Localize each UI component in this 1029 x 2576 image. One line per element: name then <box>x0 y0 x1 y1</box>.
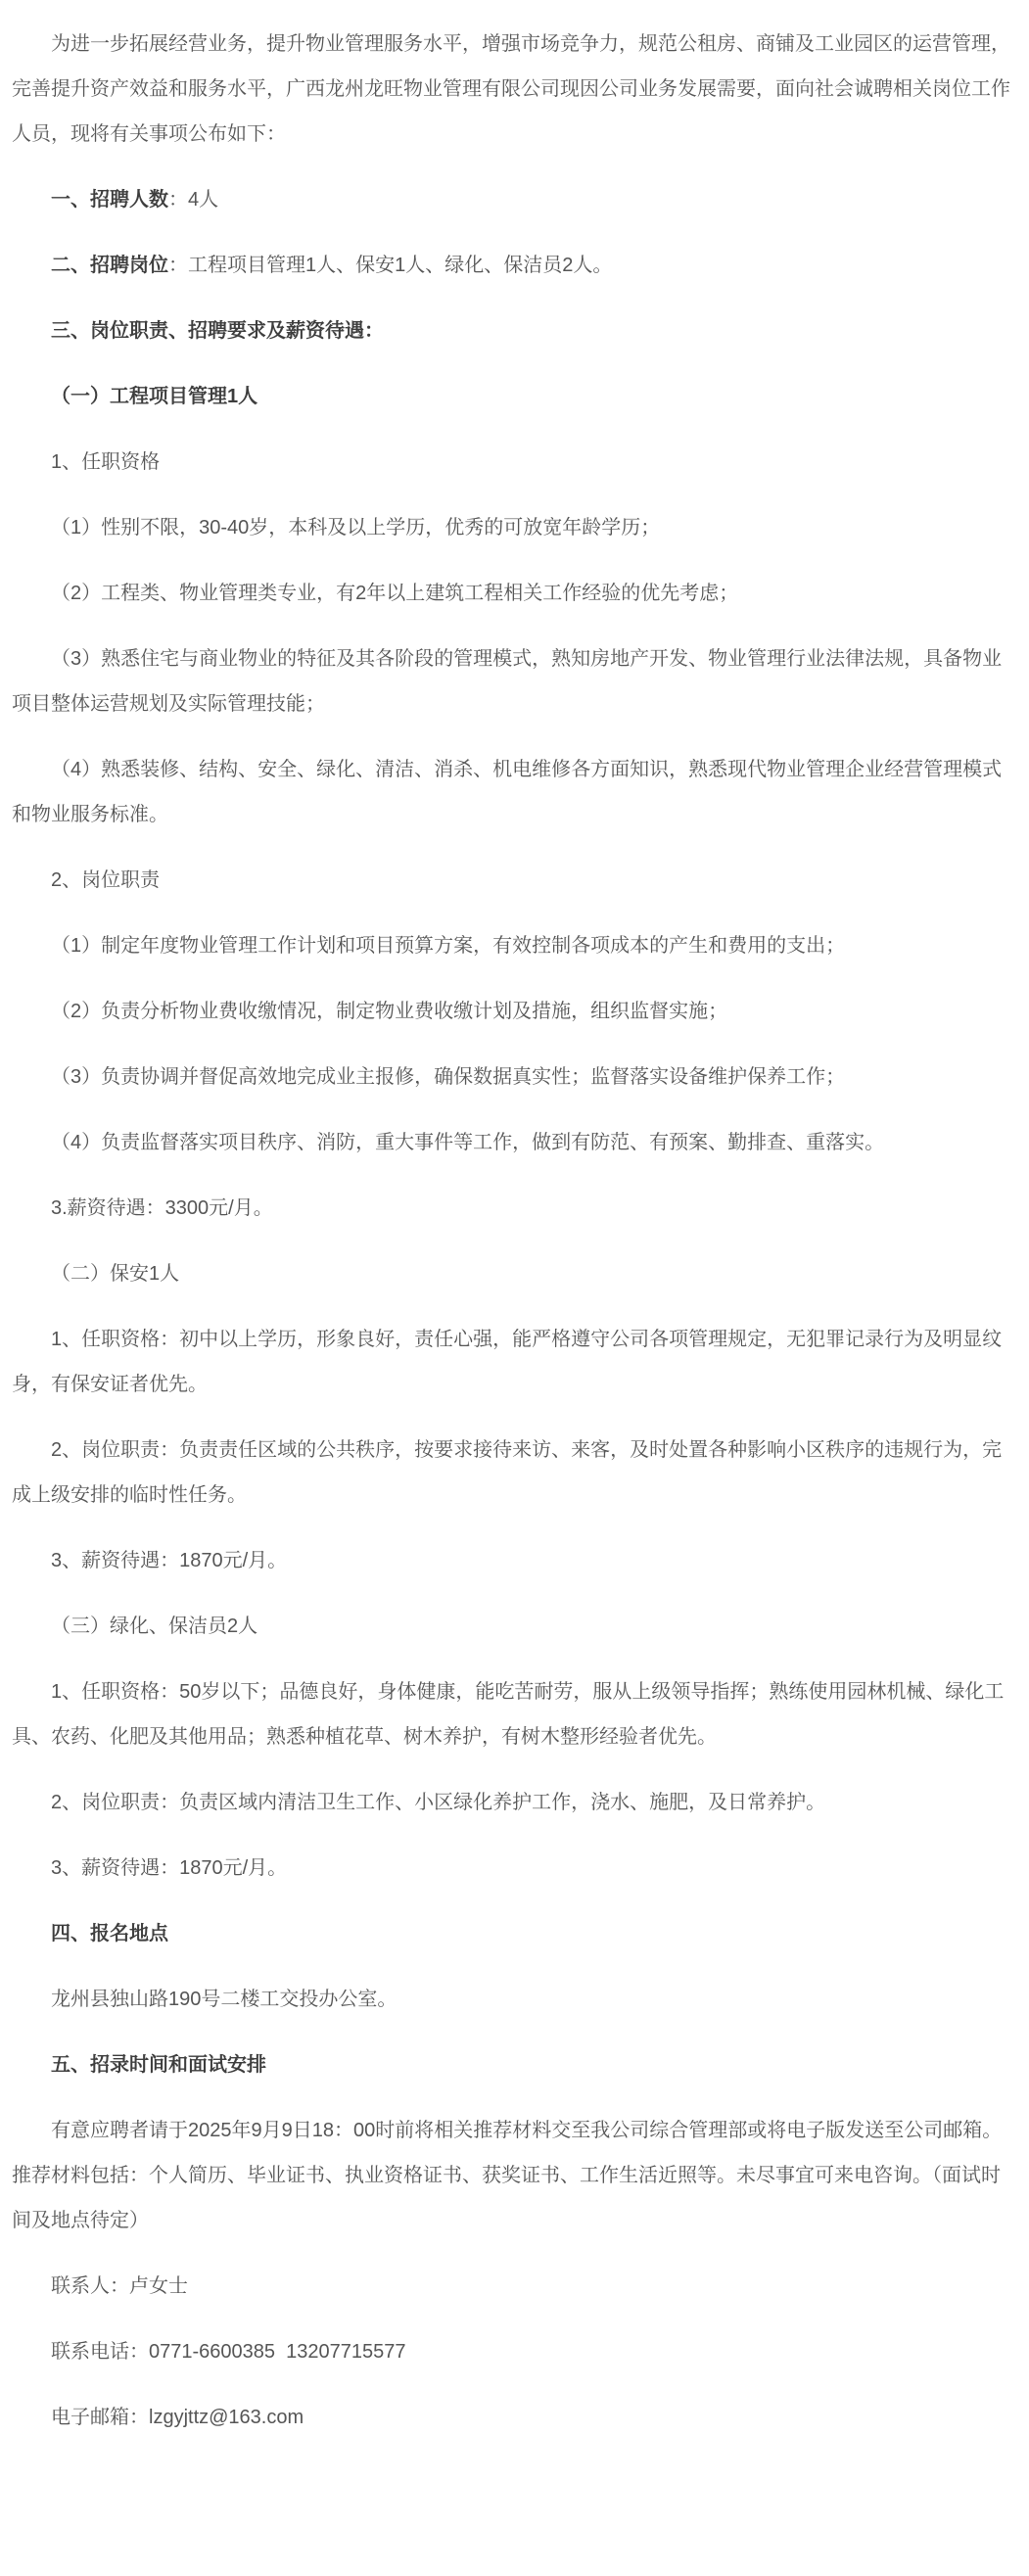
page: { "colors": { "background": "#ffffff", "… <box>0 0 1029 2576</box>
post-3-qualification: 1、任职资格：50岁以下；品德良好，身体健康，能吃苦耐劳，服从上级领导指挥；熟练… <box>12 1669 1013 1759</box>
section-4-heading: 四、报名地点 <box>12 1911 1013 1956</box>
section-2-positions: 二、招聘岗位：工程项目管理1人、保安1人、绿化、保洁员2人。 <box>12 243 1013 288</box>
application-instructions: 有意应聘者请于2025年9月9日18：00时前将相关推荐材料交至我公司综合管理部… <box>12 2108 1013 2243</box>
post-1-heading: （一）工程项目管理1人 <box>12 374 1013 419</box>
paragraph-text: （1）性别不限，30-40岁，本科及以上学历，优秀的可放宽年龄学历； <box>51 517 660 539</box>
paragraph-text: （三）绿化、保洁员2人 <box>51 1616 257 1637</box>
post-1-duty-2: （2）负责分析物业费收缴情况，制定物业费收缴计划及措施，组织监督实施； <box>12 989 1013 1034</box>
paragraph-text: 电子邮箱：lzgyjttz@163.com <box>51 2407 304 2428</box>
paragraph-text: 龙州县独山路190号二楼工交投办公室。 <box>51 1989 397 2010</box>
paragraph-text: 1、任职资格 <box>51 451 160 473</box>
paragraph-text: （2）负责分析物业费收缴情况，制定物业费收缴计划及措施，组织监督实施； <box>51 1001 727 1022</box>
paragraph-bold-label: 五、招录时间和面试安排 <box>51 2054 266 2076</box>
post-2-heading: （二）保安1人 <box>12 1251 1013 1296</box>
paragraph-text: ：工程项目管理1人、保安1人、绿化、保洁员2人。 <box>168 255 612 276</box>
paragraph-text: （4）负责监督落实项目秩序、消防，重大事件等工作，做到有防范、有预案、勤排查、重… <box>51 1132 884 1153</box>
paragraph-text: （2）工程类、物业管理类专业，有2年以上建筑工程相关工作经验的优先考虑； <box>51 583 738 604</box>
paragraph-text: 2、岗位职责：负责责任区域的公共秩序，按要求接待来访、来客，及时处置各种影响小区… <box>12 1439 1002 1506</box>
post-1-qualification-4: （4）熟悉装修、结构、安全、绿化、清洁、消杀、机电维修各方面知识，熟悉现代物业管… <box>12 747 1013 837</box>
post-2-qualification: 1、任职资格：初中以上学历，形象良好，责任心强，能严格遵守公司各项管理规定，无犯… <box>12 1317 1013 1407</box>
paragraph-text: （1）制定年度物业管理工作计划和项目预算方案，有效控制各项成本的产生和费用的支出… <box>51 935 845 957</box>
paragraph-bold-label: 一、招聘人数 <box>51 189 168 211</box>
post-1-qualification-3: （3）熟悉住宅与商业物业的特征及其各阶段的管理模式，熟知房地产开发、物业管理行业… <box>12 636 1013 726</box>
paragraph-bold-label: 二、招聘岗位 <box>51 255 168 276</box>
post-1-qualification-heading: 1、任职资格 <box>12 440 1013 485</box>
paragraph-text: 3、薪资待遇：1870元/月。 <box>51 1857 287 1879</box>
registration-address: 龙州县独山路190号二楼工交投办公室。 <box>12 1977 1013 2022</box>
intro-paragraph: 为进一步拓展经营业务，提升物业管理服务水平，增强市场竞争力，规范公租房、商铺及工… <box>12 22 1013 157</box>
post-3-heading: （三）绿化、保洁员2人 <box>12 1604 1013 1649</box>
paragraph-text: 1、任职资格：50岁以下；品德良好，身体健康，能吃苦耐劳，服从上级领导指挥；熟练… <box>12 1681 1004 1748</box>
paragraph-text: （二）保安1人 <box>51 1263 179 1285</box>
post-1-qualification-1: （1）性别不限，30-40岁，本科及以上学历，优秀的可放宽年龄学历； <box>12 505 1013 550</box>
post-1-duties-heading: 2、岗位职责 <box>12 858 1013 903</box>
post-1-duty-1: （1）制定年度物业管理工作计划和项目预算方案，有效控制各项成本的产生和费用的支出… <box>12 923 1013 968</box>
post-1-salary: 3.薪资待遇：3300元/月。 <box>12 1186 1013 1231</box>
post-1-duty-4: （4）负责监督落实项目秩序、消防，重大事件等工作，做到有防范、有预案、勤排查、重… <box>12 1120 1013 1165</box>
section-3-heading: 三、岗位职责、招聘要求及薪资待遇： <box>12 308 1013 353</box>
post-3-duties: 2、岗位职责：负责区域内清洁卫生工作、小区绿化养护工作，浇水、施肥，及日常养护。 <box>12 1780 1013 1825</box>
paragraph-text: 联系人：卢女士 <box>51 2275 188 2297</box>
paragraph-bold-label: （一）工程项目管理1人 <box>51 386 257 407</box>
post-2-salary: 3、薪资待遇：1870元/月。 <box>12 1538 1013 1583</box>
paragraph-text: 2、岗位职责 <box>51 869 160 891</box>
contact-person: 联系人：卢女士 <box>12 2264 1013 2309</box>
contact-email: 电子邮箱：lzgyjttz@163.com <box>12 2395 1013 2440</box>
contact-phone: 联系电话：0771-6600385 13207715577 <box>12 2329 1013 2374</box>
paragraph-text: 有意应聘者请于2025年9月9日18：00时前将相关推荐材料交至我公司综合管理部… <box>12 2120 1002 2231</box>
paragraph-text: 1、任职资格：初中以上学历，形象良好，责任心强，能严格遵守公司各项管理规定，无犯… <box>12 1329 1002 1395</box>
post-2-duties: 2、岗位职责：负责责任区域的公共秩序，按要求接待来访、来客，及时处置各种影响小区… <box>12 1428 1013 1518</box>
post-3-salary: 3、薪资待遇：1870元/月。 <box>12 1846 1013 1891</box>
paragraph-text: 为进一步拓展经营业务，提升物业管理服务水平，增强市场竞争力，规范公租房、商铺及工… <box>12 33 1010 145</box>
post-1-qualification-2: （2）工程类、物业管理类专业，有2年以上建筑工程相关工作经验的优先考虑； <box>12 571 1013 616</box>
paragraph-text: 3、薪资待遇：1870元/月。 <box>51 1550 287 1571</box>
section-1-recruit-count: 一、招聘人数：4人 <box>12 177 1013 222</box>
paragraph-bold-label: 三、岗位职责、招聘要求及薪资待遇： <box>51 320 384 342</box>
paragraph-text: （3）熟悉住宅与商业物业的特征及其各阶段的管理模式，熟知房地产开发、物业管理行业… <box>12 648 1002 715</box>
paragraph-text: 2、岗位职责：负责区域内清洁卫生工作、小区绿化养护工作，浇水、施肥，及日常养护。 <box>51 1792 825 1813</box>
paragraph-text: （3）负责协调并督促高效地完成业主报修，确保数据真实性；监督落实设备维护保养工作… <box>51 1066 845 1088</box>
paragraph-bold-label: 四、报名地点 <box>51 1923 168 1944</box>
post-1-duty-3: （3）负责协调并督促高效地完成业主报修，确保数据真实性；监督落实设备维护保养工作… <box>12 1054 1013 1100</box>
paragraph-text: 3.薪资待遇：3300元/月。 <box>51 1197 273 1219</box>
paragraph-text: ：4人 <box>168 189 218 211</box>
paragraph-text: （4）熟悉装修、结构、安全、绿化、清洁、消杀、机电维修各方面知识，熟悉现代物业管… <box>12 759 1002 825</box>
job-posting-article: 为进一步拓展经营业务，提升物业管理服务水平，增强市场竞争力，规范公租房、商铺及工… <box>0 0 1029 2576</box>
section-5-heading: 五、招录时间和面试安排 <box>12 2042 1013 2087</box>
paragraph-text: 联系电话：0771-6600385 13207715577 <box>51 2341 405 2363</box>
